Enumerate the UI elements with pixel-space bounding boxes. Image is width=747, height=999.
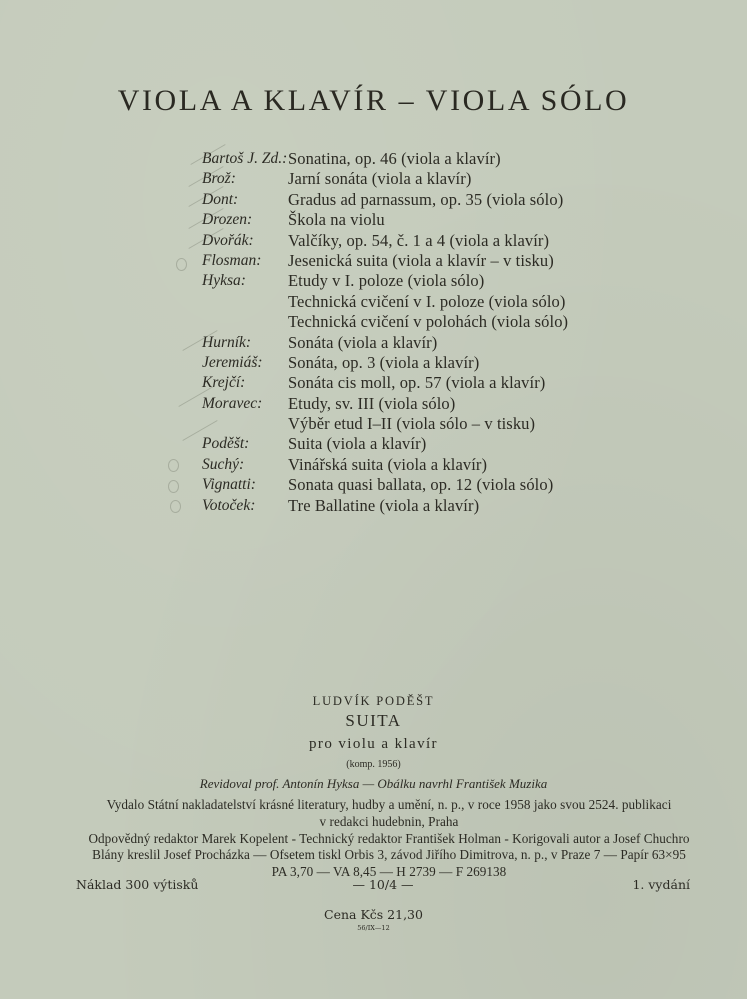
catalog-entry: Jeremiáš: Sonáta, op. 3 (viola a klavír)	[202, 353, 622, 373]
pencil-circle-mark-icon	[168, 459, 179, 472]
composer-name: Krejčí:	[202, 373, 288, 393]
work-title: Sonáta (viola a klavír)	[288, 333, 437, 353]
footer-row: Náklad 300 výtisků — 10/4 — 1. vydání	[76, 877, 690, 892]
composer-name: Votoček:	[202, 496, 288, 516]
work-title: Valčíky, op. 54, č. 1 a 4 (viola a klaví…	[288, 231, 549, 251]
catalog-entry: Hyksa: Etudy v I. poloze (viola sólo)	[202, 271, 622, 291]
composer-name	[202, 414, 288, 434]
colophon-work-title: SUITA	[0, 711, 747, 731]
catalog-entry: Flosman: Jesenická suita (viola a klavír…	[202, 251, 622, 271]
composer-name: Hyksa:	[202, 271, 288, 291]
publisher-line: Blány kreslil Josef Procházka — Ofsetem …	[74, 847, 704, 864]
catalog-entry: Vignatti: Sonata quasi ballata, op. 12 (…	[202, 475, 622, 495]
catalog-entry: Dont: Gradus ad parnassum, op. 35 (viola…	[202, 190, 622, 210]
page-title: VIOLA A KLAVÍR – VIOLA SÓLO	[0, 84, 747, 118]
composer-name: Poděšt:	[202, 434, 288, 454]
catalog-entry: Krejčí: Sonáta cis moll, op. 57 (viola a…	[202, 373, 622, 393]
work-title: Vinářská suita (viola a klavír)	[288, 455, 487, 475]
catalog-entry: Drozen: Škola na violu	[202, 210, 622, 230]
pencil-circle-mark-icon	[176, 258, 187, 271]
work-title: Technická cvičení v I. poloze (viola sól…	[288, 292, 565, 312]
work-title: Jesenická suita (viola a klavír – v tisk…	[288, 251, 554, 271]
price: Cena Kčs 21,30	[0, 907, 747, 922]
catalog-entry: Suchý: Vinářská suita (viola a klavír)	[202, 455, 622, 475]
work-title: Gradus ad parnassum, op. 35 (viola sólo)	[288, 190, 563, 210]
composer-name: Suchý:	[202, 455, 288, 475]
composer-name: Flosman:	[202, 251, 288, 271]
work-title: Výběr etud I–II (viola sólo – v tisku)	[288, 414, 535, 434]
work-title: Sonáta, op. 3 (viola a klavír)	[288, 353, 479, 373]
sheet-number: — 10/4 —	[76, 877, 690, 892]
composer-name: Vignatti:	[202, 475, 288, 495]
work-title: Jarní sonáta (viola a klavír)	[288, 169, 471, 189]
publisher-line: v redakci hudebnin, Praha	[74, 814, 704, 831]
composer-name	[202, 292, 288, 312]
catalog-entry: Dvořák: Valčíky, op. 54, č. 1 a 4 (viola…	[202, 231, 622, 251]
work-title: Škola na violu	[288, 210, 385, 230]
work-title: Suita (viola a klavír)	[288, 434, 426, 454]
catalog-entry: Brož: Jarní sonáta (viola a klavír)	[202, 169, 622, 189]
print-code: 56/IX—12	[0, 924, 747, 932]
catalog-entry: Výběr etud I–II (viola sólo – v tisku)	[202, 414, 622, 434]
work-title: Sonatina, op. 46 (viola a klavír)	[288, 149, 501, 169]
catalog-entry: Poděšt: Suita (viola a klavír)	[202, 434, 622, 454]
composer-name: Hurník:	[202, 333, 288, 353]
catalog-entry: Hurník: Sonáta (viola a klavír)	[202, 333, 622, 353]
document-page: VIOLA A KLAVÍR – VIOLA SÓLO Bartoš J. Zd…	[0, 0, 747, 999]
catalog-entry: Bartoš J. Zd.: Sonatina, op. 46 (viola a…	[202, 149, 622, 169]
composer-name: Dont:	[202, 190, 288, 210]
work-title: Sonata quasi ballata, op. 12 (viola sólo…	[288, 475, 553, 495]
pencil-circle-mark-icon	[170, 500, 181, 513]
colophon-subtitle: pro violu a klavír	[0, 736, 747, 753]
work-title: Technická cvičení v polohách (viola sólo…	[288, 312, 568, 332]
catalog-list: Bartoš J. Zd.: Sonatina, op. 46 (viola a…	[202, 149, 622, 516]
work-title: Etudy, sv. III (viola sólo)	[288, 394, 455, 414]
catalog-entry: Technická cvičení v polohách (viola sólo…	[202, 312, 622, 332]
catalog-entry: Technická cvičení v I. poloze (viola sól…	[202, 292, 622, 312]
composer-name: Moravec:	[202, 394, 288, 414]
composer-name: Bartoš J. Zd.:	[202, 149, 288, 169]
pencil-circle-mark-icon	[168, 480, 179, 493]
colophon-author: LUDVÍK PODĚŠT	[0, 694, 747, 709]
colophon-credits: Revidoval prof. Antonín Hyksa — Obálku n…	[0, 776, 747, 792]
publisher-line: Vydalo Státní nakladatelství krásné lite…	[74, 797, 704, 814]
composer-name: Drozen:	[202, 210, 288, 230]
publisher-info: Vydalo Státní nakladatelství krásné lite…	[74, 797, 704, 881]
catalog-entry: Votoček: Tre Ballatine (viola a klavír)	[202, 496, 622, 516]
composer-name: Brož:	[202, 169, 288, 189]
composition-year: (komp. 1956)	[0, 759, 747, 770]
composer-name: Dvořák:	[202, 231, 288, 251]
work-title: Etudy v I. poloze (viola sólo)	[288, 271, 484, 291]
composer-name	[202, 312, 288, 332]
work-title: Sonáta cis moll, op. 57 (viola a klavír)	[288, 373, 545, 393]
composer-name: Jeremiáš:	[202, 353, 288, 373]
work-title: Tre Ballatine (viola a klavír)	[288, 496, 479, 516]
publisher-line: Odpovědný redaktor Marek Kopelent - Tech…	[74, 831, 704, 848]
catalog-entry: Moravec: Etudy, sv. III (viola sólo)	[202, 394, 622, 414]
